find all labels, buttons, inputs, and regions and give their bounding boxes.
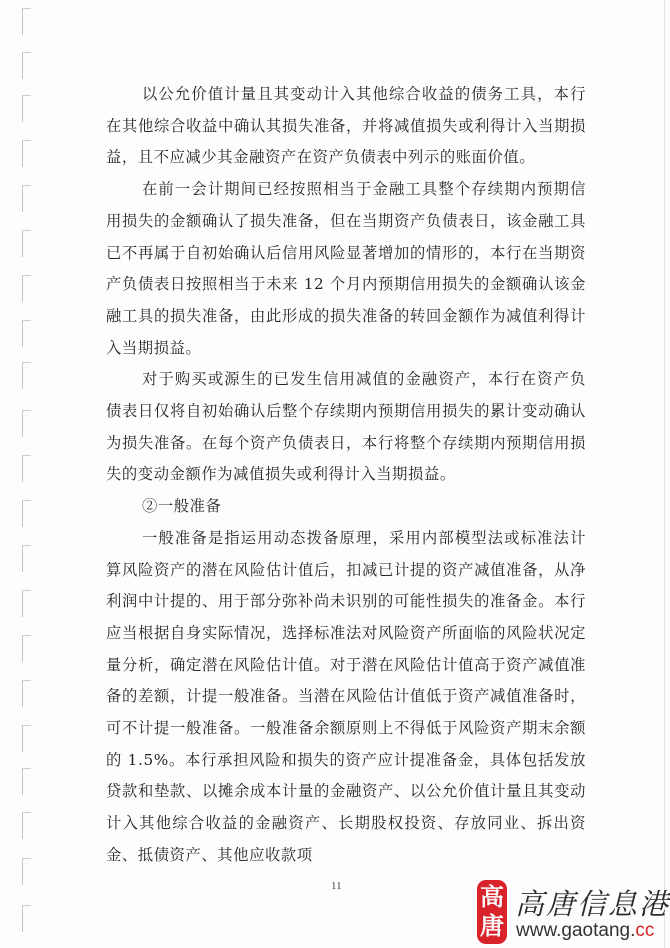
seal-icon: 高 唐	[477, 880, 507, 944]
brand-url: www.gaotang.cc	[516, 920, 654, 942]
document-body: 以公允价值计量且其变动计入其他综合收益的债务工具，本行在其他综合收益中确认其损失…	[106, 79, 586, 872]
paragraph-fvoci-debt: 以公允价值计量且其变动计入其他综合收益的债务工具，本行在其他综合收益中确认其损失…	[106, 79, 586, 174]
seal-char-bottom: 唐	[480, 912, 504, 941]
brand-name: 高唐信息港	[515, 882, 670, 923]
seal-char-top: 高	[480, 883, 504, 912]
paragraph-loss-reversal: 在前一会计期间已经按照相当于金融工具整个存续期内预期信用损失的金额确认了损失准备…	[106, 174, 586, 364]
page-number: 11	[331, 880, 342, 892]
paragraph-purchased-impaired: 对于购买或源生的已发生信用减值的金融资产，本行在资产负债表日仅将自初始确认后整个…	[106, 364, 586, 491]
brand-url-tld: cc	[635, 920, 654, 941]
watermark-logo: 高 唐 高唐信息港 www.gaotang.cc	[477, 880, 670, 944]
brand-url-main: www.gaotang.	[516, 920, 635, 941]
binding-marks	[22, 0, 34, 948]
scan-edge-line	[664, 0, 665, 948]
paragraph-general-reserve: 一般准备是指运用动态拨备原理，采用内部模型法或标准法计算风险资产的潜在风险估计值…	[106, 523, 586, 872]
section-heading-general-reserve: ②一般准备	[106, 491, 586, 523]
